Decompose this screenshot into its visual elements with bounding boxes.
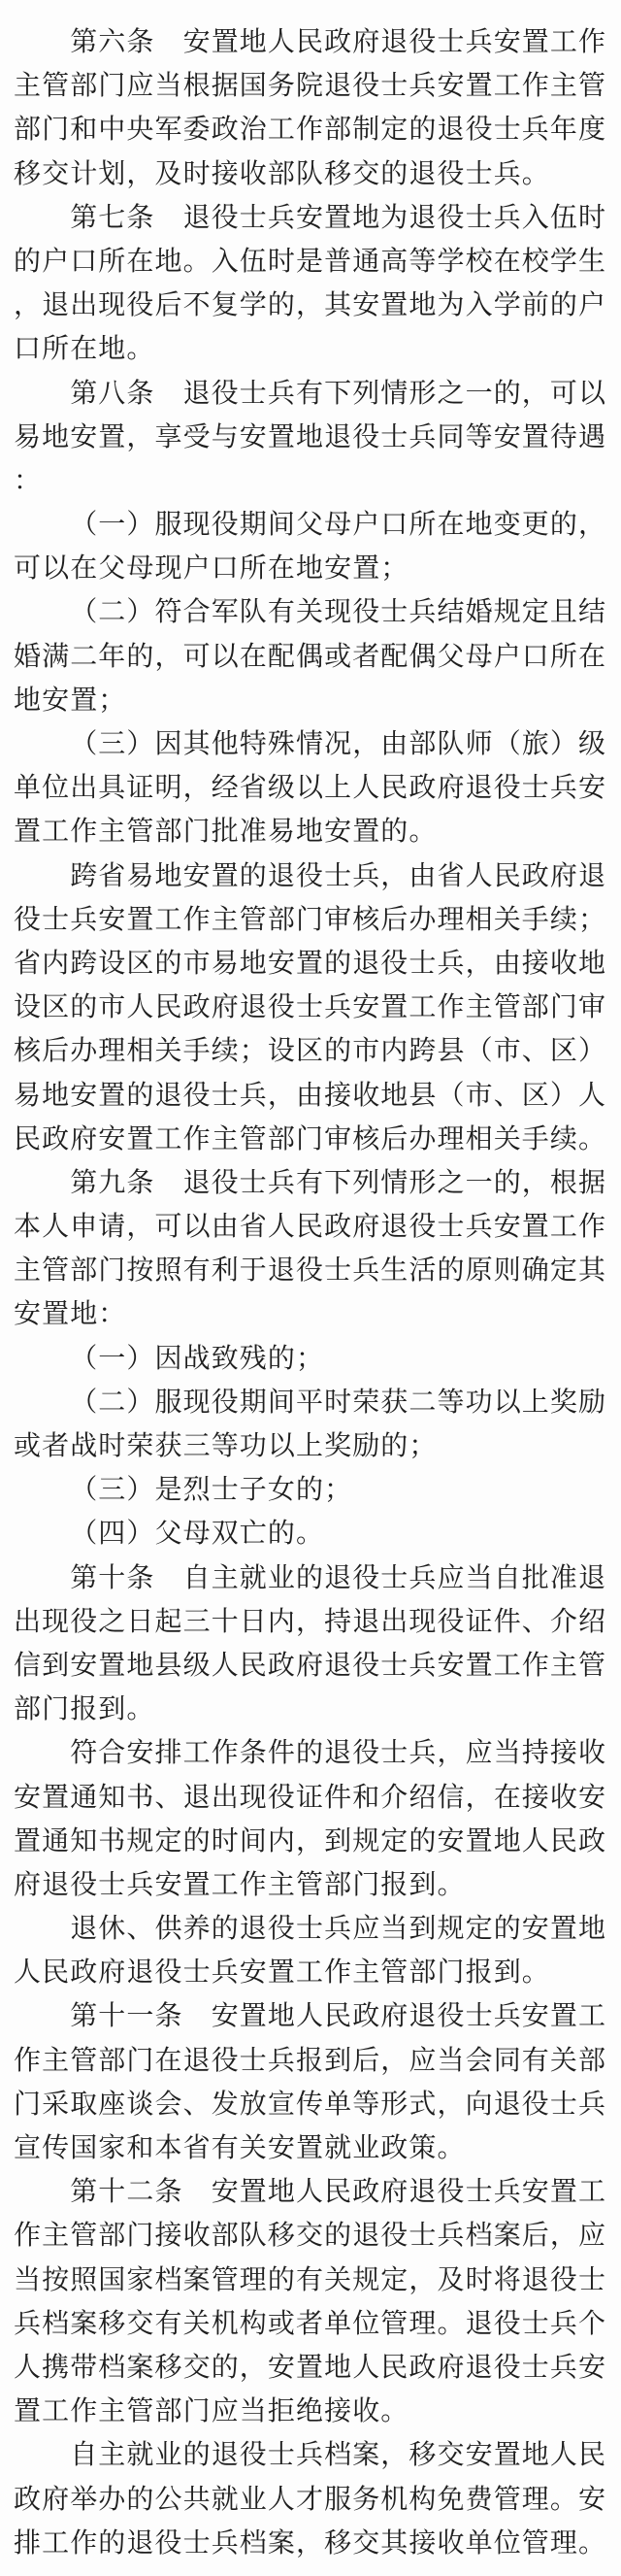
text-line: （二）符合军队有关现役士兵结婚规定且结	[14, 590, 611, 634]
text-line: （四）父母双亡的。	[14, 1512, 611, 1556]
paragraph: 退休、供养的退役士兵应当到规定的安置地人民政府退役士兵安置工作主管部门报到。	[14, 1907, 611, 1994]
text-line: 信到安置地县级人民政府退役士兵安置工作主管	[14, 1644, 611, 1688]
text-line: 跨省易地安置的退役士兵，由省人民政府退	[14, 854, 611, 898]
text-line: 宣传国家和本省有关安置就业政策。	[14, 2126, 611, 2170]
text-line: 可以在父母现户口所在地安置；	[14, 547, 611, 590]
paragraph: （三）是烈士子女的；	[14, 1468, 611, 1512]
paragraph: （一）因战致残的；	[14, 1337, 611, 1381]
text-line: 婚满二年的，可以在配偶或者配偶父母户口所在	[14, 635, 611, 679]
text-line: 本人申请，可以由省人民政府退役士兵安置工作	[14, 1205, 611, 1249]
text-line: （三）是烈士子女的；	[14, 1468, 611, 1512]
paragraph: （二）符合军队有关现役士兵结婚规定且结婚满二年的，可以在配偶或者配偶父母户口所在…	[14, 590, 611, 722]
text-line: 核后办理相关手续；设区的市内跨县（市、区）	[14, 1029, 611, 1073]
text-line: 置工作主管部门应当拒绝接收。	[14, 2390, 611, 2433]
text-line: 兵档案移交有关机构或者单位管理。退役士兵个	[14, 2302, 611, 2346]
paragraph: 符合安排工作条件的退役士兵，应当持接收安置通知书、退出现役证件和介绍信，在接收安…	[14, 1731, 611, 1907]
paragraph: （三）因其他特殊情况，由部队师（旅）级单位出具证明，经省级以上人民政府退役士兵安…	[14, 722, 611, 854]
text-line: 第十一条 安置地人民政府退役士兵安置工	[14, 1994, 611, 2038]
document-page: 第六条 安置地人民政府退役士兵安置工作主管部门应当根据国务院退役士兵安置工作主管…	[0, 0, 621, 2576]
paragraph: 自主就业的退役士兵档案，移交安置地人民政府举办的公共就业人才服务机构免费管理。安…	[14, 2433, 611, 2565]
text-line: 的户口所在地。入伍时是普通高等学校在校学生	[14, 240, 611, 284]
text-line: 省内跨设区的市易地安置的退役士兵，由接收地	[14, 942, 611, 986]
text-line: ：	[14, 459, 611, 503]
text-line: 部门和中央军委政治工作部制定的退役士兵年度	[14, 108, 611, 151]
text-line: 第十二条 安置地人民政府退役士兵安置工	[14, 2170, 611, 2214]
text-line: 自主就业的退役士兵档案，移交安置地人民	[14, 2433, 611, 2477]
text-line: （二）服现役期间平时荣获二等功以上奖励	[14, 1381, 611, 1424]
text-line: 部门报到。	[14, 1688, 611, 1731]
text-line: 民政府安置工作主管部门审核后办理相关手续。	[14, 1118, 611, 1161]
text-line: 符合安排工作条件的退役士兵，应当持接收	[14, 1731, 611, 1775]
paragraph: 第七条 退役士兵安置地为退役士兵入伍时的户口所在地。入伍时是普通高等学校在校学生…	[14, 196, 611, 372]
text-line: 置工作主管部门批准易地安置的。	[14, 810, 611, 853]
text-line: 置通知书规定的时间内，到规定的安置地人民政	[14, 1820, 611, 1863]
paragraph: 第十条 自主就业的退役士兵应当自批准退出现役之日起三十日内，持退出现役证件、介绍…	[14, 1556, 611, 1732]
text-line: 主管部门按照有利于退役士兵生活的原则确定其	[14, 1249, 611, 1292]
paragraph: 第六条 安置地人民政府退役士兵安置工作主管部门应当根据国务院退役士兵安置工作主管…	[14, 20, 611, 196]
text-line: ，退出现役后不复学的，其安置地为入学前的户	[14, 284, 611, 327]
text-line: 府退役士兵安置工作主管部门报到。	[14, 1863, 611, 1907]
paragraph: 第八条 退役士兵有下列情形之一的，可以易地安置，享受与安置地退役士兵同等安置待遇…	[14, 372, 611, 504]
text-line: 第十条 自主就业的退役士兵应当自批准退	[14, 1556, 611, 1600]
text-line: 第七条 退役士兵安置地为退役士兵入伍时	[14, 196, 611, 240]
text-line: 口所在地。	[14, 327, 611, 371]
text-line: 第九条 退役士兵有下列情形之一的，根据	[14, 1161, 611, 1205]
text-line: （三）因其他特殊情况，由部队师（旅）级	[14, 722, 611, 766]
text-line: 政府举办的公共就业人才服务机构免费管理。安	[14, 2478, 611, 2522]
text-line: 易地安置，享受与安置地退役士兵同等安置待遇	[14, 416, 611, 459]
text-line: 或者战时荣获三等功以上奖励的；	[14, 1424, 611, 1468]
text-line: 地安置；	[14, 679, 611, 722]
text-line: 人携带档案移交的，安置地人民政府退役士兵安	[14, 2346, 611, 2390]
paragraph: 跨省易地安置的退役士兵，由省人民政府退役士兵安置工作主管部门审核后办理相关手续；…	[14, 854, 611, 1161]
text-line: （一）服现役期间父母户口所在地变更的，	[14, 503, 611, 547]
text-line: 第六条 安置地人民政府退役士兵安置工作	[14, 20, 611, 64]
text-line: 作主管部门在退役士兵报到后，应当会同有关部	[14, 2039, 611, 2083]
paragraph: （四）父母双亡的。	[14, 1512, 611, 1556]
text-line: 当按照国家档案管理的有关规定，及时将退役士	[14, 2258, 611, 2302]
text-line: 排工作的退役士兵档案，移交其接收单位管理。	[14, 2522, 611, 2565]
paragraph: 第九条 退役士兵有下列情形之一的，根据本人申请，可以由省人民政府退役士兵安置工作…	[14, 1161, 611, 1337]
document-body: 第六条 安置地人民政府退役士兵安置工作主管部门应当根据国务院退役士兵安置工作主管…	[0, 0, 621, 2565]
text-line: 设区的市人民政府退役士兵安置工作主管部门审	[14, 986, 611, 1029]
text-line: （一）因战致残的；	[14, 1337, 611, 1381]
text-line: 安置地：	[14, 1292, 611, 1336]
text-line: 单位出具证明，经省级以上人民政府退役士兵安	[14, 766, 611, 810]
text-line: 退休、供养的退役士兵应当到规定的安置地	[14, 1907, 611, 1951]
text-line: 役士兵安置工作主管部门审核后办理相关手续；	[14, 898, 611, 942]
paragraph: （一）服现役期间父母户口所在地变更的，可以在父母现户口所在地安置；	[14, 503, 611, 590]
text-line: 人民政府退役士兵安置工作主管部门报到。	[14, 1951, 611, 1994]
text-line: 主管部门应当根据国务院退役士兵安置工作主管	[14, 64, 611, 108]
text-line: 第八条 退役士兵有下列情形之一的，可以	[14, 372, 611, 416]
paragraph: 第十一条 安置地人民政府退役士兵安置工作主管部门在退役士兵报到后，应当会同有关部…	[14, 1994, 611, 2170]
text-line: 移交计划，及时接收部队移交的退役士兵。	[14, 152, 611, 196]
text-line: 易地安置的退役士兵，由接收地县（市、区）人	[14, 1074, 611, 1118]
paragraph: 第十二条 安置地人民政府退役士兵安置工作主管部门接收部队移交的退役士兵档案后，应…	[14, 2170, 611, 2433]
text-line: 作主管部门接收部队移交的退役士兵档案后，应	[14, 2214, 611, 2258]
text-line: 门采取座谈会、发放宣传单等形式，向退役士兵	[14, 2083, 611, 2126]
text-line: 安置通知书、退出现役证件和介绍信，在接收安	[14, 1776, 611, 1820]
text-line: 出现役之日起三十日内，持退出现役证件、介绍	[14, 1600, 611, 1644]
paragraph: （二）服现役期间平时荣获二等功以上奖励或者战时荣获三等功以上奖励的；	[14, 1381, 611, 1468]
